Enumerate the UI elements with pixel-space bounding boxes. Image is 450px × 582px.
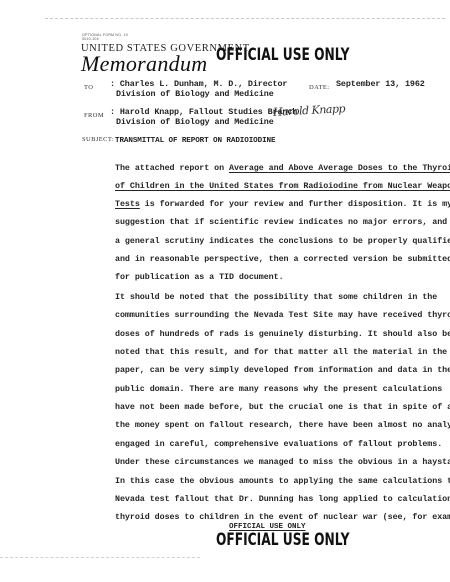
subject-label: SUBJECT: xyxy=(82,136,114,143)
paragraph-2-line: public domain. There are many reasons wh… xyxy=(115,384,442,394)
paragraph-2-line: noted that this result, and for that mat… xyxy=(115,347,447,357)
from-label: FROM xyxy=(84,112,104,119)
report-title-underlined: Average and Above Average Doses to the T… xyxy=(229,163,450,173)
paragraph-1-line: The attached report on Average and Above… xyxy=(115,163,450,173)
paragraph-2-line: communities surrounding the Nevada Test … xyxy=(115,310,450,320)
scan-top-rule xyxy=(45,18,445,20)
report-title-underlined: Tests xyxy=(115,199,140,209)
scan-bottom-rule xyxy=(0,557,200,559)
subject-value: TRANSMITTAL OF REPORT ON RADIOIODINE xyxy=(115,137,275,145)
to-division: Division of Biology and Medicine xyxy=(116,89,274,99)
paragraph-2-line: paper, can be very simply developed from… xyxy=(115,365,450,375)
form-number: OPTIONAL FORM NO. 10 5010-104 xyxy=(82,33,128,41)
signature: Harold Knapp xyxy=(273,102,346,119)
paragraph-1-line: a general scrutiny indicates the conclus… xyxy=(115,236,450,246)
paragraph-1-line: and in reasonable perspective, then a co… xyxy=(115,254,450,264)
paragraph-2-line: Under these circumstances we managed to … xyxy=(115,457,450,467)
report-title-underlined: of Children in the United States from Ra… xyxy=(115,181,450,191)
paragraph-2-line: engaged in careful, comprehensive evalua… xyxy=(115,439,442,449)
paragraph-1-line: for publication as a TID document. xyxy=(115,272,284,282)
classification-stamp-top: OFFICIAL USE ONLY xyxy=(216,45,350,65)
paragraph-2-line: thyroid doses to children in the event o… xyxy=(115,512,450,522)
date-value: September 13, 1962 xyxy=(336,79,425,89)
paragraph-2-line: doses of hundreds of rads is genuinely d… xyxy=(115,329,450,339)
to-recipient: : Charles L. Dunham, M. D., Director xyxy=(110,79,287,89)
paragraph-2-line: Nevada test fallout that Dr. Dunning has… xyxy=(115,494,450,504)
date-label: DATE: xyxy=(309,84,329,91)
from-division: Division of Biology and Medicine xyxy=(116,117,274,127)
paragraph-1-line: suggestion that if scientific review ind… xyxy=(115,217,450,227)
form-number-line-2: 5010-104 xyxy=(82,37,128,41)
text: The attached report on xyxy=(115,163,229,173)
to-label: TO xyxy=(84,84,93,91)
memo-title: Memorandum xyxy=(81,51,207,77)
paragraph-1-line: Tests is forwarded for your review and f… xyxy=(115,199,450,209)
paragraph-2-line: In this case the obvious amounts to appl… xyxy=(115,476,450,486)
paragraph-2-line: It should be noted that the possibility … xyxy=(115,292,437,302)
paragraph-2-line: the money spent on fallout research, the… xyxy=(115,420,450,430)
from-sender: : Harold Knapp, Fallout Studies Branch xyxy=(110,107,297,117)
text: is forwarded for your review and further… xyxy=(140,199,450,209)
paragraph-2-line: have not been made before, but the cruci… xyxy=(115,402,450,412)
classification-stamp-bottom: OFFICIAL USE ONLY xyxy=(216,530,350,550)
